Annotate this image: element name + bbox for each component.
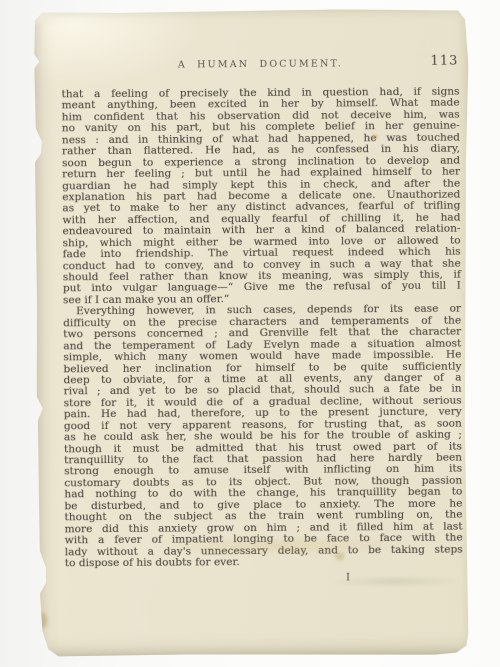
signature-mark: I <box>65 571 463 586</box>
scan-surface: A HUMAN DOCUMENT. 113 that a feeling of … <box>0 0 500 667</box>
running-header-title: A HUMAN DOCUMENT. <box>61 58 459 72</box>
paragraph: that a feeling of precisely the kind in … <box>62 87 462 307</box>
book-page: A HUMAN DOCUMENT. 113 that a feeling of … <box>31 7 473 657</box>
page-number: 113 <box>430 54 458 69</box>
running-header: A HUMAN DOCUMENT. 113 <box>61 8 459 74</box>
text-block: that a feeling of precisely the kind in … <box>62 87 463 570</box>
page-inner: A HUMAN DOCUMENT. 113 that a feeling of … <box>31 7 473 657</box>
stain <box>36 612 47 628</box>
paragraph: Everything however, in such cases, depen… <box>63 304 463 570</box>
text-line: to dispose of his doubts for ever. <box>65 555 463 569</box>
corner-wear <box>29 8 55 28</box>
